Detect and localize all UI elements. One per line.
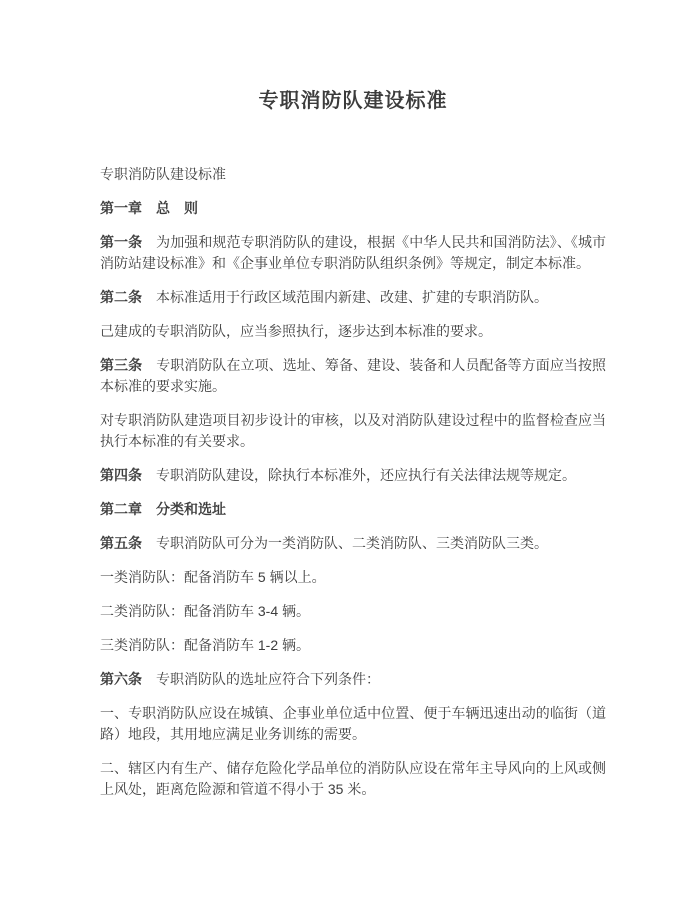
- paragraph-subtitle: 专职消防队建设标准: [100, 164, 606, 185]
- article-4-text: 专职消防队建设，除执行本标准外，还应执行有关法律法规等规定。: [156, 467, 576, 483]
- article-1-number: 第一条: [100, 234, 142, 250]
- paragraph-class-2: 二类消防队：配备消防车 3-4 辆。: [100, 601, 606, 622]
- article-5-number: 第五条: [100, 535, 142, 551]
- chapter-2-heading: 第二章 分类和选址: [100, 499, 606, 520]
- article-5-text: 专职消防队可分为一类消防队、二类消防队、三类消防队三类。: [156, 535, 548, 551]
- article-6-text: 专职消防队的选址应符合下列条件：: [156, 671, 380, 687]
- document-title: 专职消防队建设标准: [100, 90, 606, 112]
- article-3-number: 第三条: [100, 357, 142, 373]
- article-3-text: 专职消防队在立项、选址、筹备、建设、装备和人员配备等方面应当按照本标准的要求实施…: [100, 357, 606, 394]
- article-2-text: 本标准适用于行政区域范围内新建、改建、扩建的专职消防队。: [156, 289, 548, 305]
- paragraph-existing-brigades: 己建成的专职消防队，应当参照执行，逐步达到本标准的要求。: [100, 321, 606, 342]
- paragraph-design-review: 对专职消防队建造项目初步设计的审核，以及对消防队建设过程中的监督检查应当执行本标…: [100, 410, 606, 452]
- article-1: 第一条为加强和规范专职消防队的建设，根据《中华人民共和国消防法》、《城市消防站建…: [100, 232, 606, 274]
- article-6: 第六条专职消防队的选址应符合下列条件：: [100, 669, 606, 690]
- article-4: 第四条专职消防队建设，除执行本标准外，还应执行有关法律法规等规定。: [100, 465, 606, 486]
- paragraph-class-1: 一类消防队：配备消防车 5 辆以上。: [100, 567, 606, 588]
- article-2-number: 第二条: [100, 289, 142, 305]
- article-3: 第三条专职消防队在立项、选址、筹备、建设、装备和人员配备等方面应当按照本标准的要…: [100, 355, 606, 397]
- paragraph-site-condition-1: 一、专职消防队应设在城镇、企事业单位适中位置、便于车辆迅速出动的临街（道路）地段…: [100, 703, 606, 745]
- document-page: 专职消防队建设标准 专职消防队建设标准 第一章 总 则 第一条为加强和规范专职消…: [0, 0, 700, 905]
- article-5: 第五条专职消防队可分为一类消防队、二类消防队、三类消防队三类。: [100, 533, 606, 554]
- chapter-1-heading: 第一章 总 则: [100, 198, 606, 219]
- paragraph-class-3: 三类消防队：配备消防车 1-2 辆。: [100, 635, 606, 656]
- article-6-number: 第六条: [100, 671, 142, 687]
- article-4-number: 第四条: [100, 467, 142, 483]
- article-1-text: 为加强和规范专职消防队的建设，根据《中华人民共和国消防法》、《城市消防站建设标准…: [100, 234, 606, 271]
- paragraph-site-condition-2: 二、辖区内有生产、储存危险化学品单位的消防队应设在常年主导风向的上风或侧上风处，…: [100, 758, 606, 800]
- article-2: 第二条本标准适用于行政区域范围内新建、改建、扩建的专职消防队。: [100, 287, 606, 308]
